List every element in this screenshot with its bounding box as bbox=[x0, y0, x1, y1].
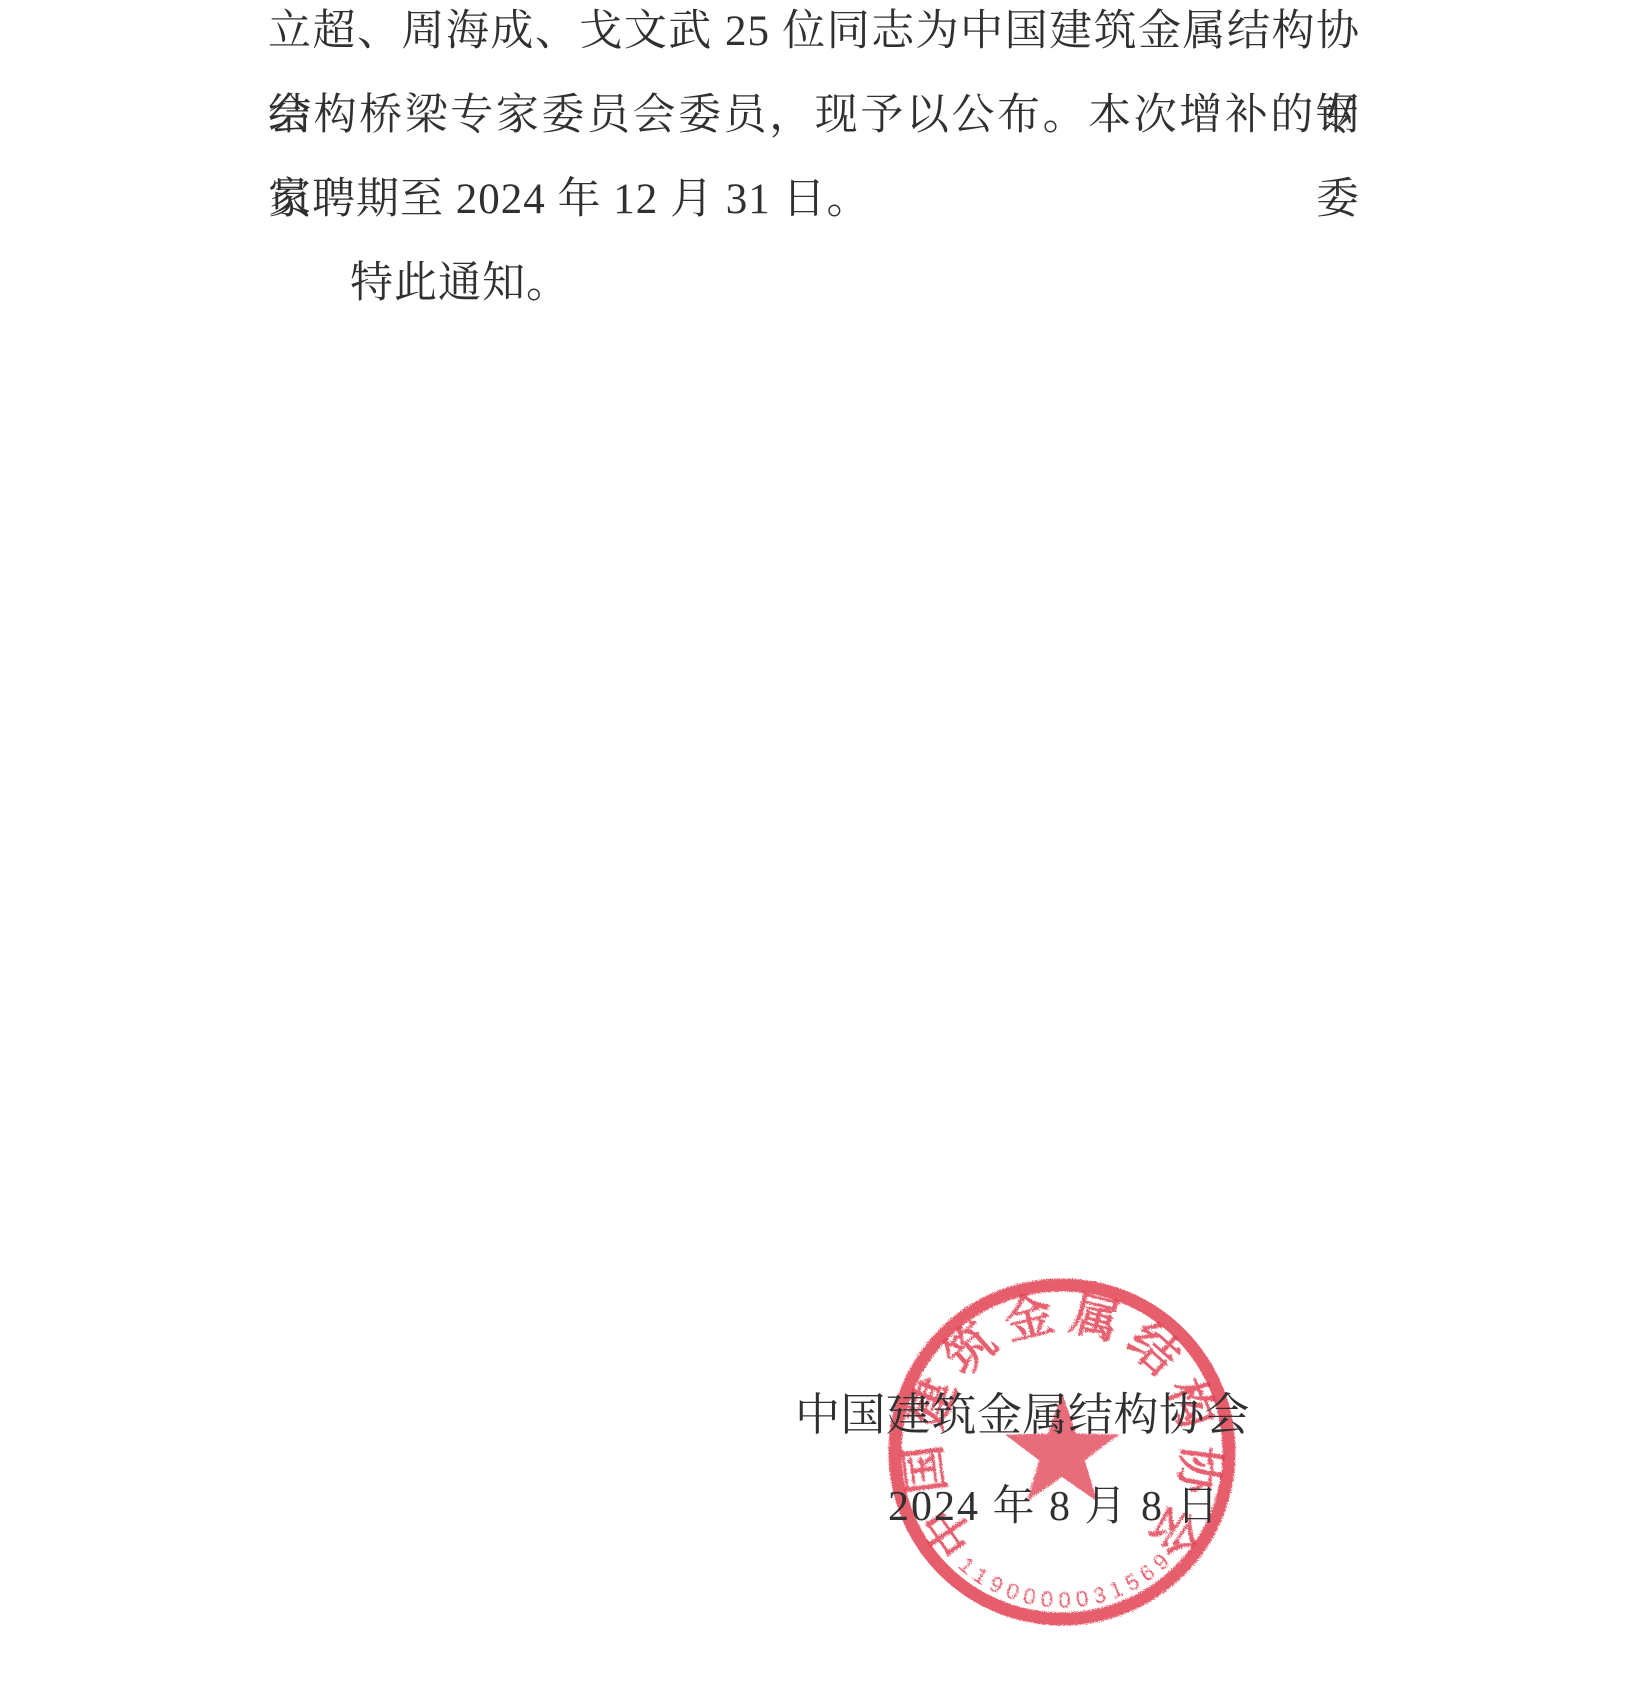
svg-text:0: 0 bbox=[1074, 1585, 1090, 1611]
body-line-1: 立超、周海成、戈文武 25 位同志为中国建筑金属结构协会钢 bbox=[268, 0, 1360, 74]
notice-body: 立超、周海成、戈文武 25 位同志为中国建筑金属结构协会钢 结构桥梁专家委员会委… bbox=[268, 0, 1360, 326]
svg-text:金: 金 bbox=[999, 1288, 1058, 1351]
body-line-2: 结构桥梁专家委员会委员，现予以公布。本次增补的专家委 bbox=[268, 74, 1360, 158]
body-line-4: 特此通知。 bbox=[268, 242, 1360, 326]
svg-text:0: 0 bbox=[1021, 1583, 1038, 1610]
official-seal: 中国建筑金属结构协会 1190000031569 bbox=[877, 1267, 1247, 1637]
svg-text:3: 3 bbox=[1090, 1582, 1108, 1609]
svg-text:0: 0 bbox=[1003, 1578, 1023, 1606]
svg-text:0: 0 bbox=[1058, 1587, 1071, 1612]
svg-text:0: 0 bbox=[1040, 1586, 1055, 1612]
svg-text:属: 属 bbox=[1065, 1288, 1124, 1351]
document-page: 立超、周海成、戈文武 25 位同志为中国建筑金属结构协会钢 结构桥梁专家委员会委… bbox=[0, 0, 1652, 1683]
issuer-org-name: 中国建筑金属结构协会 bbox=[795, 1390, 1247, 1440]
issue-date: 2024 年 8 月 8 日 bbox=[888, 1482, 1221, 1532]
